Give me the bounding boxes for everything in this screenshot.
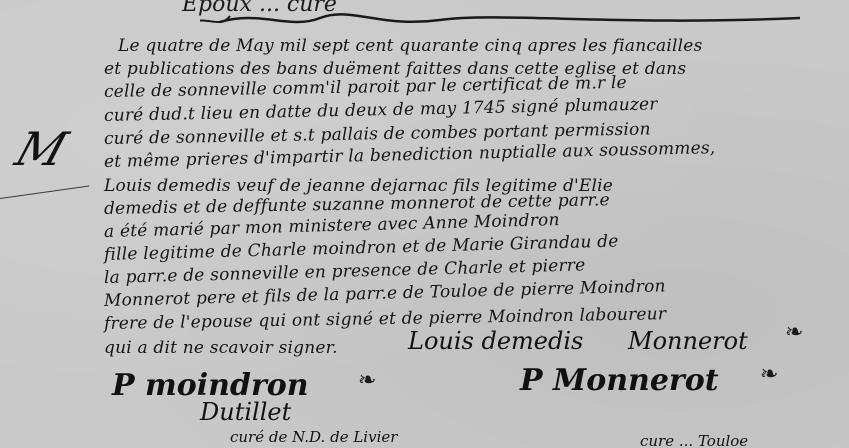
signature-monnerot: Monnerot (628, 327, 748, 355)
signature-dutillet: Dutillet (200, 398, 291, 426)
register-page: Epoux ... curé M Le quatre de May mil se… (0, 0, 849, 448)
ink-speck (620, 390, 622, 392)
bottom-fragment: cure ... Touloe (640, 432, 748, 448)
paraph-icon: ❧ (785, 320, 803, 345)
margin-rule (0, 185, 89, 199)
body-line-14: qui a dit ne scavoir signer. (104, 338, 338, 358)
margin-initial: M (9, 122, 74, 176)
ink-speck (540, 335, 543, 338)
signature-p-monnerot: P Monnerot (520, 363, 719, 398)
paraph-icon: ❧ (760, 362, 778, 387)
ink-speck (490, 240, 496, 246)
paraph-icon: ❧ (358, 368, 376, 393)
body-line-1: Le quatre de May mil sept cent quarante … (118, 36, 703, 56)
signature-louis-demedis: Louis demedis (408, 327, 583, 355)
heading-flourish-icon (200, 10, 820, 34)
officiant-title: curé de N.D. de Livier (230, 428, 397, 446)
